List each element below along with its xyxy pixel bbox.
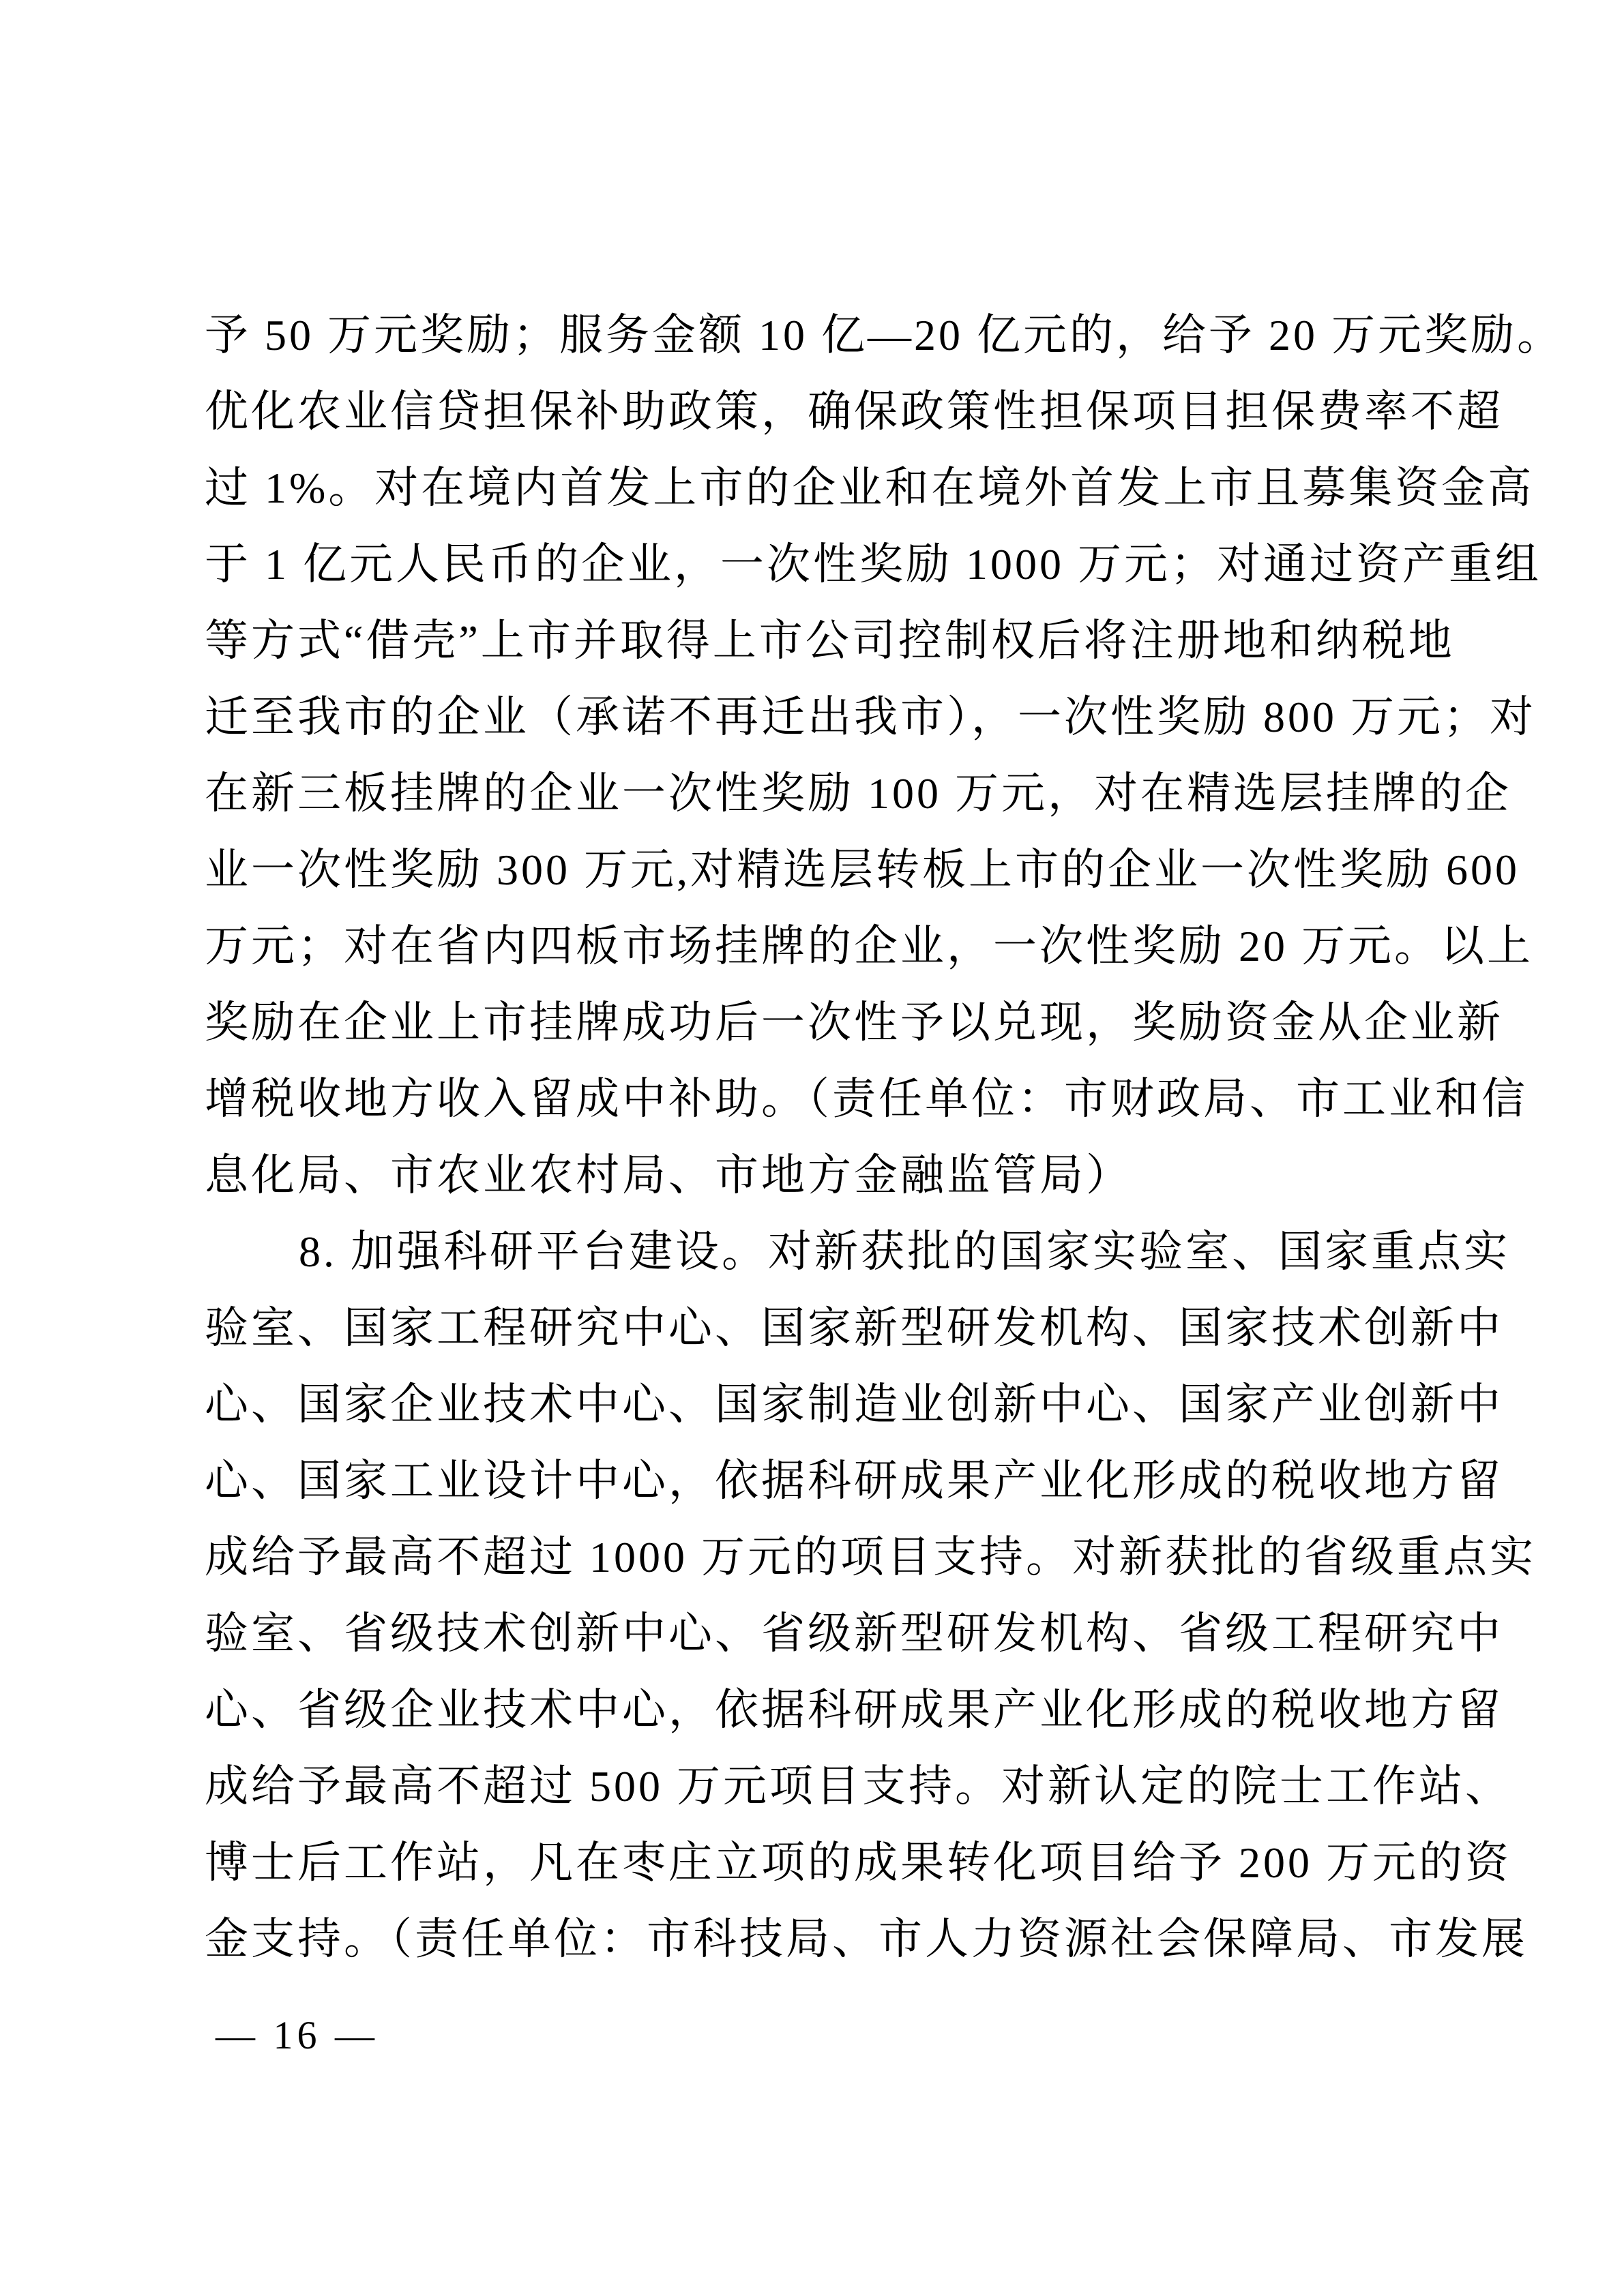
text-line: 成给予最高不超过 1000 万元的项目支持。对新获批的省级重点实 <box>205 1519 1426 1596</box>
document-page: 予 50 万元奖励；服务金额 10 亿—20 亿元的，给予 20 万元奖励。 优… <box>0 0 1624 2296</box>
text-line: 验室、省级技术创新中心、省级新型研发机构、省级工程研究中 <box>205 1596 1426 1672</box>
text-line: 万元；对在省内四板市场挂牌的企业，一次性奖励 20 万元。以上 <box>205 908 1426 985</box>
text-line: 增税收地方收入留成中补助。（责任单位：市财政局、市工业和信 <box>205 1061 1426 1137</box>
text-line: 心、国家工业设计中心，依据科研成果产业化形成的税收地方留 <box>205 1443 1426 1519</box>
text-line: 博士后工作站，凡在枣庄立项的成果转化项目给予 200 万元的资 <box>205 1825 1426 1901</box>
page-number: — 16 — <box>216 2005 379 2066</box>
text-line: 金支持。（责任单位：市科技局、市人力资源社会保障局、市发展 <box>205 1901 1426 1978</box>
text-line: 心、国家企业技术中心、国家制造业创新中心、国家产业创新中 <box>205 1367 1426 1443</box>
text-line: 于 1 亿元人民币的企业，一次性奖励 1000 万元；对通过资产重组 <box>205 526 1426 603</box>
text-line: 成给予最高不超过 500 万元项目支持。对新认定的院士工作站、 <box>205 1748 1426 1825</box>
text-line: 奖励在企业上市挂牌成功后一次性予以兑现，奖励资金从企业新 <box>205 985 1426 1061</box>
text-line: 在新三板挂牌的企业一次性奖励 100 万元，对在精选层挂牌的企 <box>205 756 1426 832</box>
body-text: 予 50 万元奖励；服务金额 10 亿—20 亿元的，给予 20 万元奖励。 优… <box>205 297 1426 1978</box>
text-line-paragraph-8-start: 8. 加强科研平台建设。对新获批的国家实验室、国家重点实 <box>205 1214 1426 1290</box>
text-line: 等方式“借壳”上市并取得上市公司控制权后将注册地和纳税地 <box>205 603 1426 679</box>
text-line: 优化农业信贷担保补助政策，确保政策性担保项目担保费率不超 <box>205 374 1426 450</box>
text-line: 迁至我市的企业（承诺不再迁出我市），一次性奖励 800 万元；对 <box>205 679 1426 756</box>
text-line: 过 1%。对在境内首发上市的企业和在境外首发上市且募集资金高 <box>205 450 1426 526</box>
text-line: 予 50 万元奖励；服务金额 10 亿—20 亿元的，给予 20 万元奖励。 <box>205 297 1426 374</box>
text-line: 息化局、市农业农村局、市地方金融监管局） <box>205 1137 1426 1214</box>
text-line: 验室、国家工程研究中心、国家新型研发机构、国家技术创新中 <box>205 1290 1426 1367</box>
text-line: 业一次性奖励 300 万元,对精选层转板上市的企业一次性奖励 600 <box>205 832 1426 908</box>
text-line: 心、省级企业技术中心，依据科研成果产业化形成的税收地方留 <box>205 1672 1426 1748</box>
